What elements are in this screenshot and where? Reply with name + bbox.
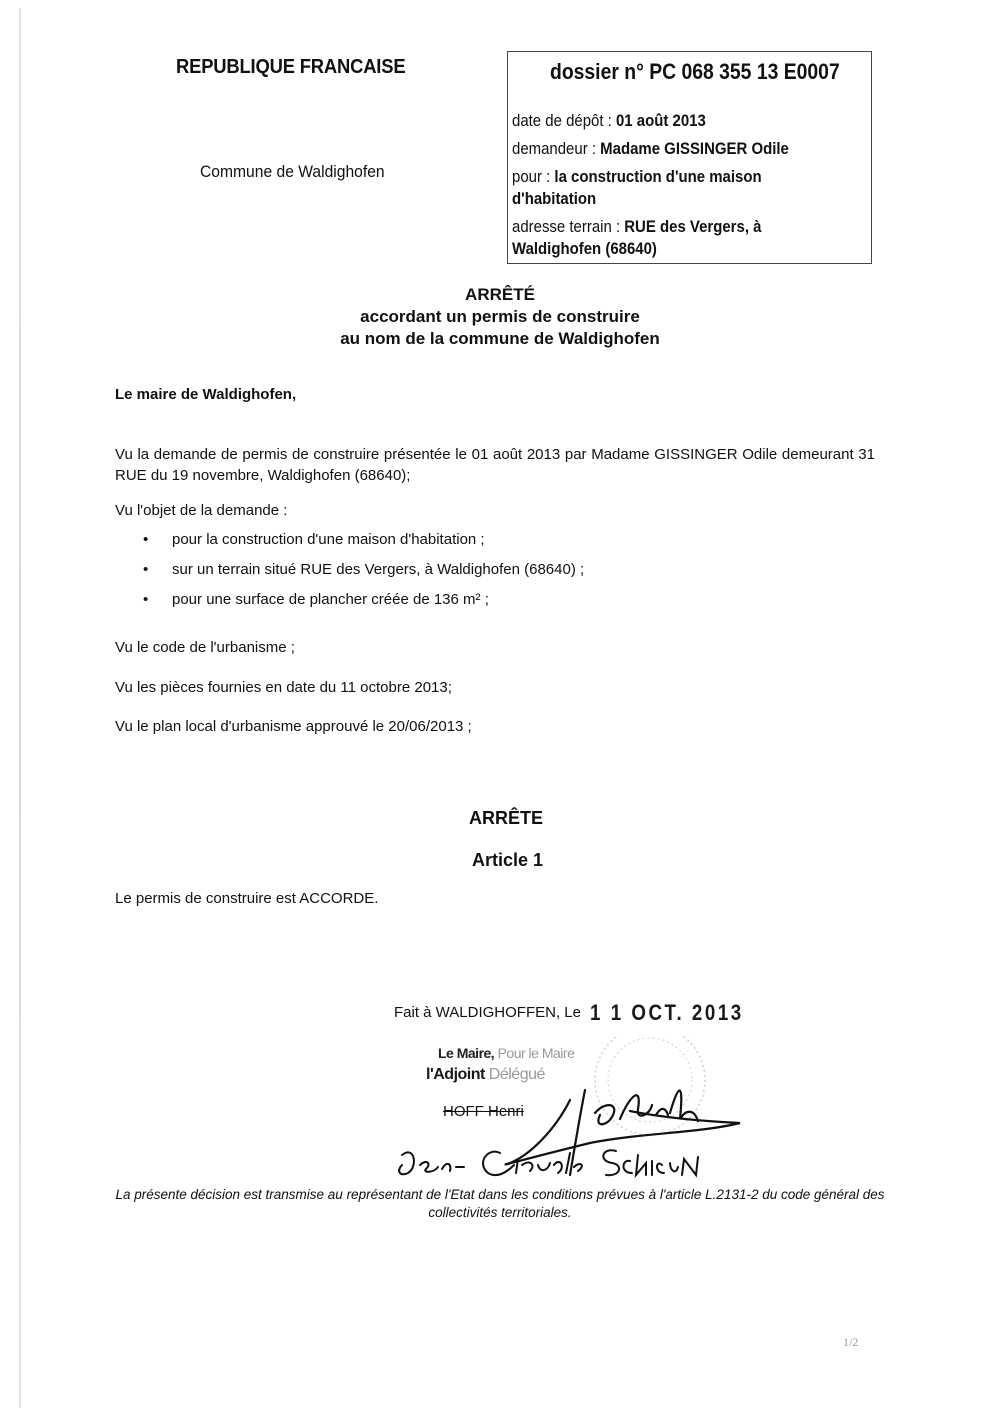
republic-heading: REPUBLIQUE FRANCAISE [176, 56, 405, 79]
dossier-box: dossier n° PC 068 355 13 E0007 date de d… [507, 51, 872, 264]
pour-maire-text: Le Maire, [438, 1045, 494, 1061]
bullet-icon: • [143, 561, 148, 578]
struck-name: HOFF Henri [443, 1103, 524, 1120]
pour-value-2: d'habitation [512, 189, 596, 208]
pour-maire-faded: Pour le Maire [498, 1045, 575, 1061]
adresse-value-1: RUE des Vergers, à [624, 217, 761, 236]
signature-icon [505, 1090, 740, 1175]
arrete-subtitle-1: accordant un permis de construire [0, 306, 1000, 328]
pour-le-maire: Le Maire, Pour le Maire [438, 1045, 574, 1061]
adresse-cont: Waldighofen (68640) [512, 238, 657, 260]
vu-code: Vu le code de l'urbanisme ; [115, 637, 875, 658]
vu-objet: Vu l'objet de la demande : [115, 500, 875, 521]
pour-cont: d'habitation [512, 188, 596, 210]
pour-value-1: la construction d'une maison [554, 167, 761, 186]
arrete-heading: ARRÊTE [469, 808, 543, 829]
bullet-item: pour la construction d'une maison d'habi… [172, 531, 485, 548]
commune-name: Commune de Waldighofen [200, 162, 385, 182]
bullet-icon: • [143, 531, 148, 548]
page-number: 1/2 [843, 1335, 858, 1350]
bullet-item: sur un terrain situé RUE des Vergers, à … [172, 561, 584, 578]
adresse-value-2: Waldighofen (68640) [512, 239, 657, 258]
adjoint-title: l'Adjoint Délégué [426, 1066, 545, 1084]
fait-a: Fait à WALDIGHOFFEN, Le [394, 1004, 581, 1021]
adjoint-faded: Délégué [489, 1066, 545, 1083]
footer-note: La présente décision est transmise au re… [110, 1186, 890, 1222]
arrete-subtitle-2: au nom de la commune de Waldighofen [0, 328, 1000, 350]
date-stamp: 1 1 OCT. 2013 [590, 1000, 744, 1026]
pour: pour : la construction d'une maison [512, 166, 762, 188]
dossier-number: dossier n° PC 068 355 13 E0007 [550, 59, 840, 85]
date-depot-value: 01 août 2013 [616, 111, 706, 130]
demandeur-value: Madame GISSINGER Odile [600, 139, 789, 158]
arrete-title: ARRÊTÉ [0, 284, 1000, 306]
date-depot: date de dépôt : 01 août 2013 [512, 110, 706, 132]
vu-demande: Vu la demande de permis de construire pr… [115, 444, 875, 486]
demandeur: demandeur : Madame GISSINGER Odile [512, 138, 789, 160]
pour-label: pour : [512, 167, 554, 186]
adjoint-text: l'Adjoint [426, 1066, 485, 1083]
bullet-item: pour une surface de plancher créée de 13… [172, 591, 489, 608]
adresse: adresse terrain : RUE des Vergers, à [512, 216, 761, 238]
maire-heading: Le maire de Waldighofen, [115, 386, 296, 403]
vu-pieces: Vu les pièces fournies en date du 11 oct… [115, 677, 875, 698]
demandeur-label: demandeur : [512, 139, 600, 158]
bullet-icon: • [143, 591, 148, 608]
adresse-label: adresse terrain : [512, 217, 624, 236]
decision-text: Le permis de construire est ACCORDE. [115, 890, 378, 907]
date-depot-label: date de dépôt : [512, 111, 616, 130]
article-heading: Article 1 [472, 850, 543, 871]
vu-plu: Vu le plan local d'urbanisme approuvé le… [115, 716, 875, 737]
scan-edge [19, 8, 21, 1408]
